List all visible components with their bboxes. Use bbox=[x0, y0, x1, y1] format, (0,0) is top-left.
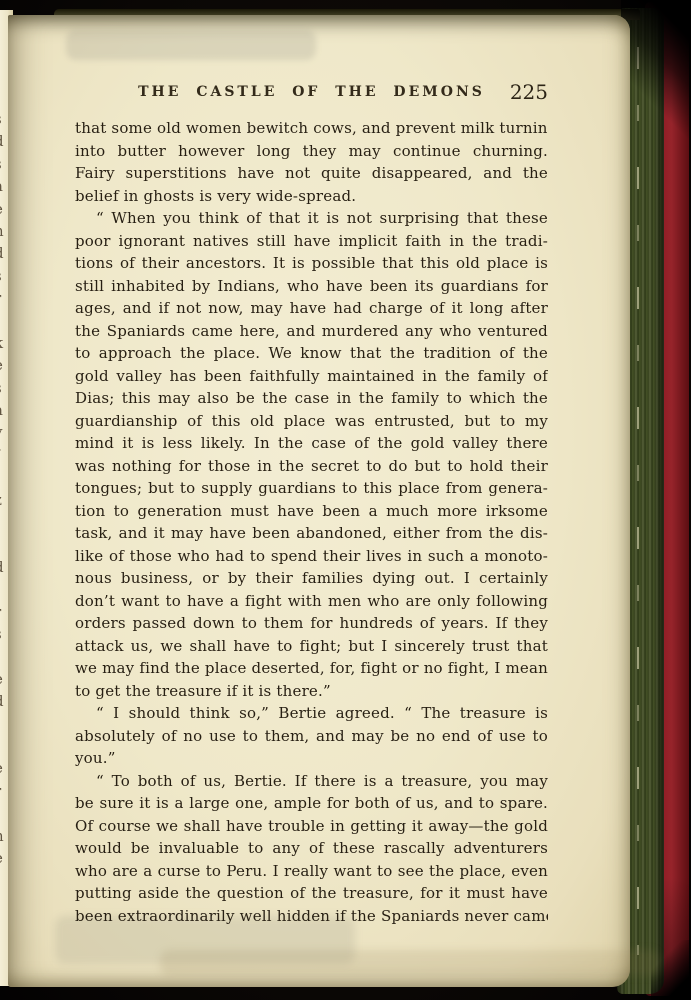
text-line: like of those who had to spend their liv… bbox=[75, 545, 548, 568]
top-right-shadow bbox=[621, 0, 691, 150]
page-number: 225 bbox=[510, 80, 548, 104]
gutter-fragment: t bbox=[0, 511, 8, 533]
gutter-fragment: h bbox=[0, 220, 8, 242]
text-line: poor ignorant natives still have implici… bbox=[75, 230, 548, 253]
text-line: Of course we shall have trouble in getti… bbox=[75, 815, 548, 838]
scan-smudge-top bbox=[66, 30, 316, 60]
gutter-fragment: d bbox=[0, 690, 8, 712]
text-line: guardianship of this old place was entru… bbox=[75, 410, 548, 433]
gutter-fragment: l bbox=[0, 466, 8, 488]
text-line: to approach the place. We know that the … bbox=[75, 342, 548, 365]
text-line: into butter however long they may contin… bbox=[75, 140, 548, 163]
gutter-fragment: e bbox=[0, 757, 8, 779]
gutter-fragment: e bbox=[0, 198, 8, 220]
gutter-fragment: t bbox=[0, 645, 8, 667]
gutter-fragment: r bbox=[0, 780, 8, 802]
gutter-fragment: e bbox=[0, 354, 8, 376]
text-line: we may find the place deserted, for, fig… bbox=[75, 657, 548, 680]
text-line: belief in ghosts is very wide-spread. bbox=[75, 185, 548, 208]
text-line: that some old women bewitch cows, and pr… bbox=[75, 117, 548, 140]
gutter-fragment: d bbox=[0, 556, 8, 578]
gutter-fragment: s bbox=[0, 108, 8, 130]
gutter-letter-fragments: sdsaehdsrlkesayflzttdtrstedtlertne bbox=[0, 108, 8, 898]
gutter-fragment: a bbox=[0, 175, 8, 197]
text-line: mind it is less likely. In the case of t… bbox=[75, 432, 548, 455]
text-line: gold valley has been faithfully maintain… bbox=[75, 365, 548, 388]
gutter-fragment: s bbox=[0, 153, 8, 175]
text-line: orders passed down to them for hundreds … bbox=[75, 612, 548, 635]
gutter-fragment: t bbox=[0, 713, 8, 735]
gutter-fragment: k bbox=[0, 332, 8, 354]
text-line: Dias; this may also be the case in the f… bbox=[75, 387, 548, 410]
fore-edge-highlight-streaks bbox=[637, 47, 639, 954]
text-line: tion to generation must have been a much… bbox=[75, 500, 548, 523]
gutter-fragment: n bbox=[0, 825, 8, 847]
text-line: “ To both of us, Bertie. If there is a t… bbox=[75, 770, 548, 793]
gutter-fragment: s bbox=[0, 377, 8, 399]
text-line: to get the treasure if it is there.” bbox=[75, 680, 548, 703]
gutter-fragment: d bbox=[0, 130, 8, 152]
text-line: ages, and if not now, may have had charg… bbox=[75, 297, 548, 320]
text-line: who are a curse to Peru. I really want t… bbox=[75, 860, 548, 883]
text-line: be sure it is a large one, ample for bot… bbox=[75, 792, 548, 815]
text-lines: that some old women bewitch cows, and pr… bbox=[75, 117, 548, 927]
text-line: task, and it may have been abandoned, ei… bbox=[75, 522, 548, 545]
book-photo-scene: THE CASTLE OF THE DEMONS 225 that some o… bbox=[0, 0, 691, 1000]
gutter-fragment: y bbox=[0, 421, 8, 443]
text-line: would be invaluable to any of these rasc… bbox=[75, 837, 548, 860]
text-line: tongues; but to supply guardians to this… bbox=[75, 477, 548, 500]
gutter-fragment: t bbox=[0, 578, 8, 600]
text-line: was nothing for those in the secret to d… bbox=[75, 455, 548, 478]
gutter-fragment: s bbox=[0, 265, 8, 287]
gutter-fragment: e bbox=[0, 847, 8, 869]
text-line: don’t want to have a fight with men who … bbox=[75, 590, 548, 613]
text-line: the Spaniards came here, and murdered an… bbox=[75, 320, 548, 343]
gutter-fragment: l bbox=[0, 310, 8, 332]
text-line: still inhabited by Indians, who have bee… bbox=[75, 275, 548, 298]
gutter-fragment: t bbox=[0, 533, 8, 555]
gutter-fragment: r bbox=[0, 287, 8, 309]
chapter-title: THE CASTLE OF THE DEMONS bbox=[75, 84, 548, 100]
gutter-fragment: d bbox=[0, 242, 8, 264]
gutter-fragment: l bbox=[0, 735, 8, 757]
text-line: you.” bbox=[75, 747, 548, 770]
text-line: absolutely of no use to them, and may be… bbox=[75, 725, 548, 748]
text-line: been extraordinarily well hidden if the … bbox=[75, 905, 548, 928]
gutter-fragment: t bbox=[0, 802, 8, 824]
gutter-fragment: a bbox=[0, 399, 8, 421]
running-header: THE CASTLE OF THE DEMONS 225 bbox=[75, 84, 548, 108]
gutter-fragment: z bbox=[0, 489, 8, 511]
text-line: nous business, or by their families dyin… bbox=[75, 567, 548, 590]
page-curl-shading bbox=[160, 950, 660, 976]
gutter-fragment: s bbox=[0, 623, 8, 645]
text-line: putting aside the question of the treasu… bbox=[75, 882, 548, 905]
text-line: “ I should think so,” Bertie agreed. “ T… bbox=[75, 702, 548, 725]
text-line: tions of their ancestors. It is possible… bbox=[75, 252, 548, 275]
gutter-fragment: r bbox=[0, 601, 8, 623]
text-line: “ When you think of that it is not surpr… bbox=[75, 207, 548, 230]
gutter-fragment: e bbox=[0, 668, 8, 690]
text-line: Fairy superstitions have not quite disap… bbox=[75, 162, 548, 185]
gutter-fragment: f bbox=[0, 444, 8, 466]
text-line: attack us, we shall have to fight; but I… bbox=[75, 635, 548, 658]
